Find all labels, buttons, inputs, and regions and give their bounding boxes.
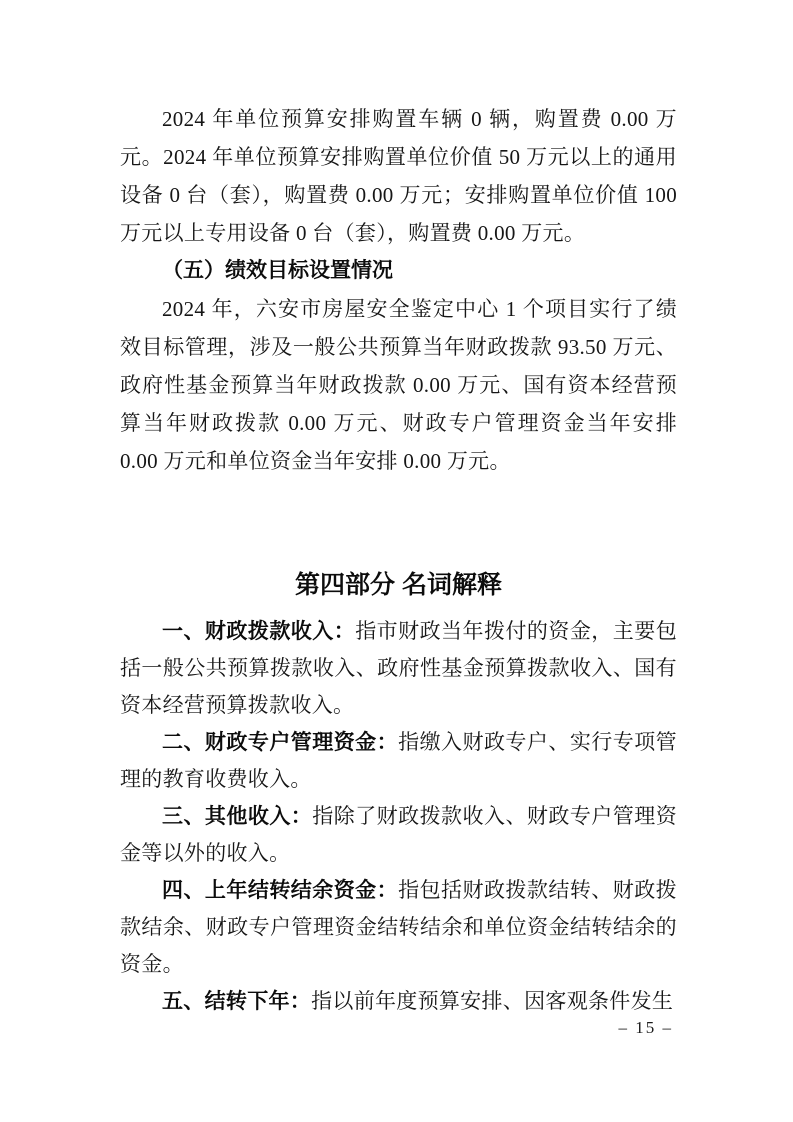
term-item: 一、财政拨款收入：指市财政当年拨付的资金，主要包括一般公共预算拨款收入、政府性基…	[120, 613, 677, 724]
term-item: 四、上年结转结余资金：指包括财政拨款结转、财政拨款结余、财政专户管理资金结转结余…	[120, 872, 677, 983]
term-item: 二、财政专户管理资金：指缴入财政专户、实行专项管理的教育收费收入。	[120, 724, 677, 798]
intro-paragraph: 2024 年单位预算安排购置车辆 0 辆，购置费 0.00 万元。2024 年单…	[120, 100, 677, 252]
sub-heading-performance-targets: （五）绩效目标设置情况	[120, 252, 677, 290]
performance-paragraph: 2024 年，六安市房屋安全鉴定中心 1 个项目实行了绩效目标管理，涉及一般公共…	[120, 290, 677, 480]
term-item: 三、其他收入：指除了财政拨款收入、财政专户管理资金等以外的收入。	[120, 798, 677, 872]
term-label: 一、财政拨款收入：	[162, 620, 355, 643]
document-page: 2024 年单位预算安排购置车辆 0 辆，购置费 0.00 万元。2024 年单…	[0, 0, 793, 1020]
term-label: 三、其他收入：	[162, 805, 312, 828]
section-title-part4-glossary: 第四部分 名词解释	[120, 565, 677, 605]
term-definition: 指以前年度预算安排、因客观条件发生	[311, 989, 673, 1013]
term-item: 五、结转下年：指以前年度预算安排、因客观条件发生	[120, 983, 677, 1020]
term-label: 五、结转下年：	[162, 990, 311, 1013]
term-label: 二、财政专户管理资金：	[162, 731, 398, 754]
glossary-terms: 一、财政拨款收入：指市财政当年拨付的资金，主要包括一般公共预算拨款收入、政府性基…	[120, 613, 677, 1020]
term-label: 四、上年结转结余资金：	[162, 879, 398, 902]
page-number: – 15 –	[619, 1018, 674, 1038]
